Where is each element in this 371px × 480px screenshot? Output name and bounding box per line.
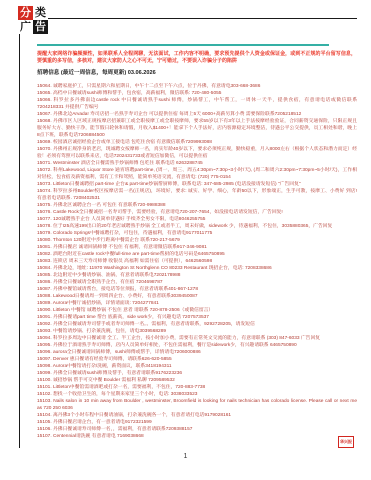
job-listing-item: 15102. 想找一个收拾卫生的，每个星期来家里三个小时，电话: 3038033… <box>37 391 357 398</box>
classified-ads-page: 分 类 广 告 提醒大家网络诈骗频频性，如果联系人全程网聊，无法面试，工作内容不… <box>0 0 371 480</box>
section-heading: 招聘信息 (最近一周信息，每周更新) 03.06.2026 <box>37 70 356 77</box>
job-listing-item: 15099. 丹佛全日餐诚请sushi师傅及帮手，有意者请联系917622323… <box>37 370 357 377</box>
job-listing-item: 15066. 科罗拉多丹佛南边castle rock 中日餐诚请熟手sushi … <box>37 97 357 111</box>
frame-left-line <box>19 18 20 448</box>
job-listing-item: 15091. 丹佛日餐请part time 帮台 底薪高，side work少，… <box>37 314 357 321</box>
job-listing-item: 15079. Colorado Springs中餐诚聘打杂，可包住，待遇福利，有… <box>37 230 357 237</box>
job-listing-item: 15100. 诚招炒锅 帮手可交中餐 Boulder 需福利 私聊 720958… <box>37 377 357 384</box>
job-listing-item: 15081. 丹佛日餐店 诚请回锅师傅 不包住 有福利，有意请微信联系917-3… <box>37 244 357 251</box>
logo-char-gao: 告 <box>33 20 48 34</box>
job-listing-item: 15078. 位于I25高速199出口的20年老店诚聘熟手炒锅 全工或者半工，周… <box>37 223 357 230</box>
job-listing-item: 15080. Thornton 120附近中步行距离中餐需企台 联系720-21… <box>37 237 357 244</box>
job-listing-item: 15071. Westminster 酒店全日餐需熟手炒锅师傅 包吃住 联系电话… <box>37 160 357 167</box>
frame-top-line <box>19 18 357 19</box>
job-listing-item: 15090. Littleton 中餐馆 诚聘炒锅 不包住 意者 请联系 720… <box>37 307 357 314</box>
scam-warning-text: 提醒大家网络诈骗频频性，如果联系人全程网聊，无法面试，工作内容不明确，要求预先提… <box>37 51 356 64</box>
page-number: 1 <box>0 453 371 460</box>
job-listing-item: 15084. 丹佛北边，地址: 11970 Washington St Nort… <box>37 265 357 272</box>
job-listing-item: 15088. Lakewood日餐请周一到周四企台、小费好，有意者联系30394… <box>37 293 357 300</box>
job-listing-item: 15094. 科罗拉多周边中日餐诚请 全工、半工企台，按小时加小费，需要有正常英… <box>37 335 357 342</box>
job-listing-item: 15070. 丹佛州正规净身的老店，现诚聘女按摩师一名，真实年龄40岁以下，要求… <box>37 146 357 160</box>
job-listing-item: 15073. Littleton日餐诚聘招 part-time 企台& part… <box>37 181 357 188</box>
job-listing-item: 15105. 丹佛日餐店请企台，有一意者请电9172321599 <box>37 419 357 426</box>
job-listing-item: 15069. 校园酒店诚招经验企台或单工接电话 包吃住食宿 有意微信联系7209… <box>37 139 357 146</box>
job-listing-item: 15072. 科州Lakewood, Liquor Store 通宵班聘part… <box>37 167 357 181</box>
job-listing-item: 15093. 中餐馆请炒锅、打杂兼洗碗，包住，请电3039568289 <box>37 328 357 335</box>
logo-char-guang: 广 <box>18 20 33 34</box>
job-listing-item: 15098. Aurora中餐馆请打杂/洗碗，薪资面议，联系3418194311 <box>37 363 357 370</box>
job-listing-item: 15075. 丹佛北区诚聘企台一名 可包住 有意联系720-9988388 <box>37 202 357 209</box>
job-listing-item: 15064. 诚聘家庭护工，只需星期六和星期日，中午十二点至下午六点，位于丹佛，… <box>37 83 357 90</box>
job-listing-item: 15082. 酒吧台附近在castle rock中餐full-time are … <box>37 251 357 258</box>
job-listing-item: 15097. Denver 惠日餐请有经验寿司师傅，请联系626-620-585… <box>37 356 357 363</box>
masthead-logo: 分 类 广 告 <box>18 6 48 34</box>
job-listings: 15064. 诚聘家庭护工，只需星期六和星期日，中午十二点至下午六点，位于丹佛，… <box>37 83 357 445</box>
job-listing-item: 15087. 丹佛中餐馆诚请帮台，接电话等位须报，有意者请联系401-867-1… <box>37 286 357 293</box>
job-listing-item: 15106. 丹佛日餐诚请寿司师傅一名，，需福利，有意者请联系720938815… <box>37 426 357 433</box>
logo-char-fen: 分 <box>18 6 33 20</box>
job-listing-item: 15065. 高档中日餐诚请sushi师傅和帮手，包食宿，高薪福利，微信联系: … <box>37 90 357 97</box>
job-listing-item: 15089. Aurora中餐厅诚招炒锅，详情请面谈: 7204277841 <box>37 300 357 307</box>
job-listing-item: 15101. Littleton中餐馆需请酒吧或打杂一名，需要福利，不包住，72… <box>37 384 357 391</box>
job-listing-item: 15103. Nails salon in 10 min away from B… <box>37 398 357 412</box>
job-listing-item: 15092. 丹佛全日餐诚请寿司帮手或者寿司师傅一名。。需福利，有意者请联系，9… <box>37 321 357 328</box>
job-listing-item: 15085. 北边附近中少餐请炒锅、油锅，有意者请联系电7202178988 <box>37 272 357 279</box>
job-listing-item: 15068. 丹佛市区人区域正规按摩店招兼职工或全职按摩工或全职按摩师，要求55… <box>37 118 357 139</box>
job-listing-item: 15107. Centennial请洗碗 有意者请电 7169038668 <box>37 433 357 440</box>
job-listing-item: 15077. 120诚聘熟手企台 人员简单待遇好 手续齐全男女不限，电话8046… <box>37 216 357 223</box>
job-listing-item: 15095. 丹佛位于酒请熟手寿司师傅，店内人员简单好相处，不包住需福利，餐厅是… <box>37 342 357 349</box>
teal-divider-line <box>37 44 329 46</box>
job-listing-item: 15096. aurora全日餐诚请回锅师傅，sushi师傅或帮手，详情请电72… <box>37 349 357 356</box>
logo-char-lei: 类 <box>33 6 48 20</box>
footer-stamp: 华兴报 <box>338 436 354 448</box>
job-listing-item: 15086. 丹佛全日餐诚请全职熟手企台，有住宿 7204698787 <box>37 279 357 286</box>
job-listing-item: 15074. 科罗拉多州Boulder校区按摩店需一名(正规店)，环境好，要求:… <box>37 188 357 202</box>
job-listing-item: 15067. 丹佛北边Arvada! 寿司店招一名熟手寿司企台 可以提供住宿 每… <box>37 111 357 118</box>
job-listing-item: 15104. 离丹佛3个小时车程中日餐请油锅，打杂兼洗碗各一个，有意者请打电话9… <box>37 412 357 419</box>
job-listing-item: 15083. 连锁店 周末三天寿司师傅 收银员 高福利 如需住宿（可提供），64… <box>37 258 357 265</box>
job-listing-item: 15076. Castle Rock全日餐诚招一名寿司帮手，需要经验，有意请电7… <box>37 209 357 216</box>
